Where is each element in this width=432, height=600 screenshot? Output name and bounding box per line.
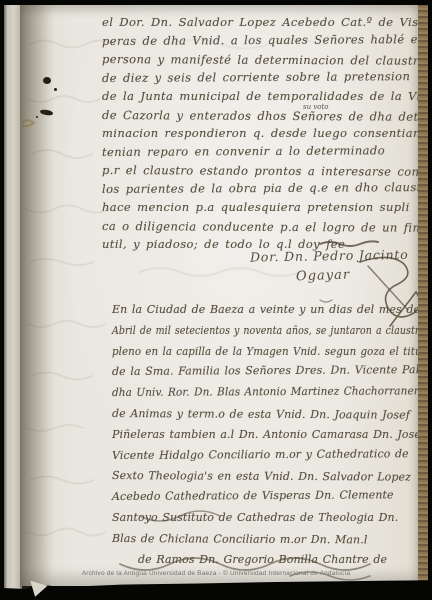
manuscript-line: dha Univ. Ror. Dn. Blas Antonio Martinez…: [112, 382, 403, 404]
certification-paragraph: el Dor. Dn. Salvador Lopez Acebedo Cat.º…: [102, 13, 418, 254]
manuscript-line: tenian reparo en convenir a lo determina…: [102, 141, 418, 161]
book-fore-edge: [418, 2, 428, 586]
manuscript-line: de Animas y term.o de esta Vnid. Dn. Joa…: [112, 404, 418, 426]
manuscript-line: Piñeleras tambien a.l Dn. Antonio Camara…: [112, 425, 418, 446]
facing-page-ink-fragment: [22, 120, 34, 126]
ink-blot: [43, 77, 51, 84]
manuscript-line: hace mencion p.a qualesquiera pretension…: [102, 198, 418, 217]
manuscript-line: Blas de Chiclana Conciliario m.or Dn. Ma…: [112, 529, 418, 551]
manuscript-line: Abril de mil setecientos y noventa años,…: [112, 321, 375, 342]
signature-block: Dor. Dn. Pedro Jacinto Ogayar: [250, 248, 420, 282]
manuscript-photo: 165 el Dor. Dn. Salvador Lopez Acebedo C…: [0, 0, 432, 600]
manuscript-line: de la Sma. Familia los Señores Dres. Dn.…: [112, 361, 418, 384]
manuscript-line: Vicente Hidalgo Conciliario m.or y Cathe…: [112, 444, 418, 467]
manuscript-line: minacion respondieron q. desde luego con…: [102, 124, 418, 143]
archive-watermark: Archivo de la Antigua Universidad de Bae…: [60, 570, 372, 577]
manuscript-line: ca o diligencia conducente p.a el logro …: [102, 217, 418, 237]
ink-blot: [54, 88, 57, 91]
manuscript-line: los parientes de la obra pia de q.e en d…: [102, 178, 418, 198]
signature-surname: Ogayar: [296, 265, 420, 285]
manuscript-line: de Cazorla y enterados dhos Señores de d…: [102, 106, 418, 126]
manuscript-line: de la Junta municipal de temporalidades …: [102, 87, 418, 106]
manuscript-line: el Dor. Dn. Salvador Lopez Acebedo Cat.º…: [102, 13, 418, 32]
manuscript-line: peras de dha Vnid. a los quales Señores …: [102, 30, 418, 50]
manuscript-line: de Ramos Dn. Gregorio Bonilla Chantre de: [138, 550, 418, 571]
signature-name: Dor. Dn. Pedro Jacinto: [250, 246, 420, 264]
manuscript-line: Acebedo Cathedratico de Visperas Dn. Cle…: [112, 485, 418, 508]
manuscript-line: Santoyo Sustituto de Cathedras de Theolo…: [112, 508, 418, 529]
photo-border-top: [0, 0, 432, 5]
manuscript-line: de diez y seis del corriente sobre la pr…: [102, 67, 418, 87]
ink-blot: [36, 116, 38, 118]
claustro-record-paragraph: En la Ciudad de Baeza a veinte y un dias…: [112, 300, 418, 570]
manuscript-line: pleno en la capilla de la Ymagen Vnid. s…: [112, 342, 397, 363]
manuscript-page: 165 el Dor. Dn. Salvador Lopez Acebedo C…: [20, 4, 420, 586]
manuscript-line: En la Ciudad de Baeza a veinte y un dias…: [112, 300, 418, 321]
ink-blot: [40, 109, 54, 116]
interlinear-note: su voto: [303, 103, 329, 111]
